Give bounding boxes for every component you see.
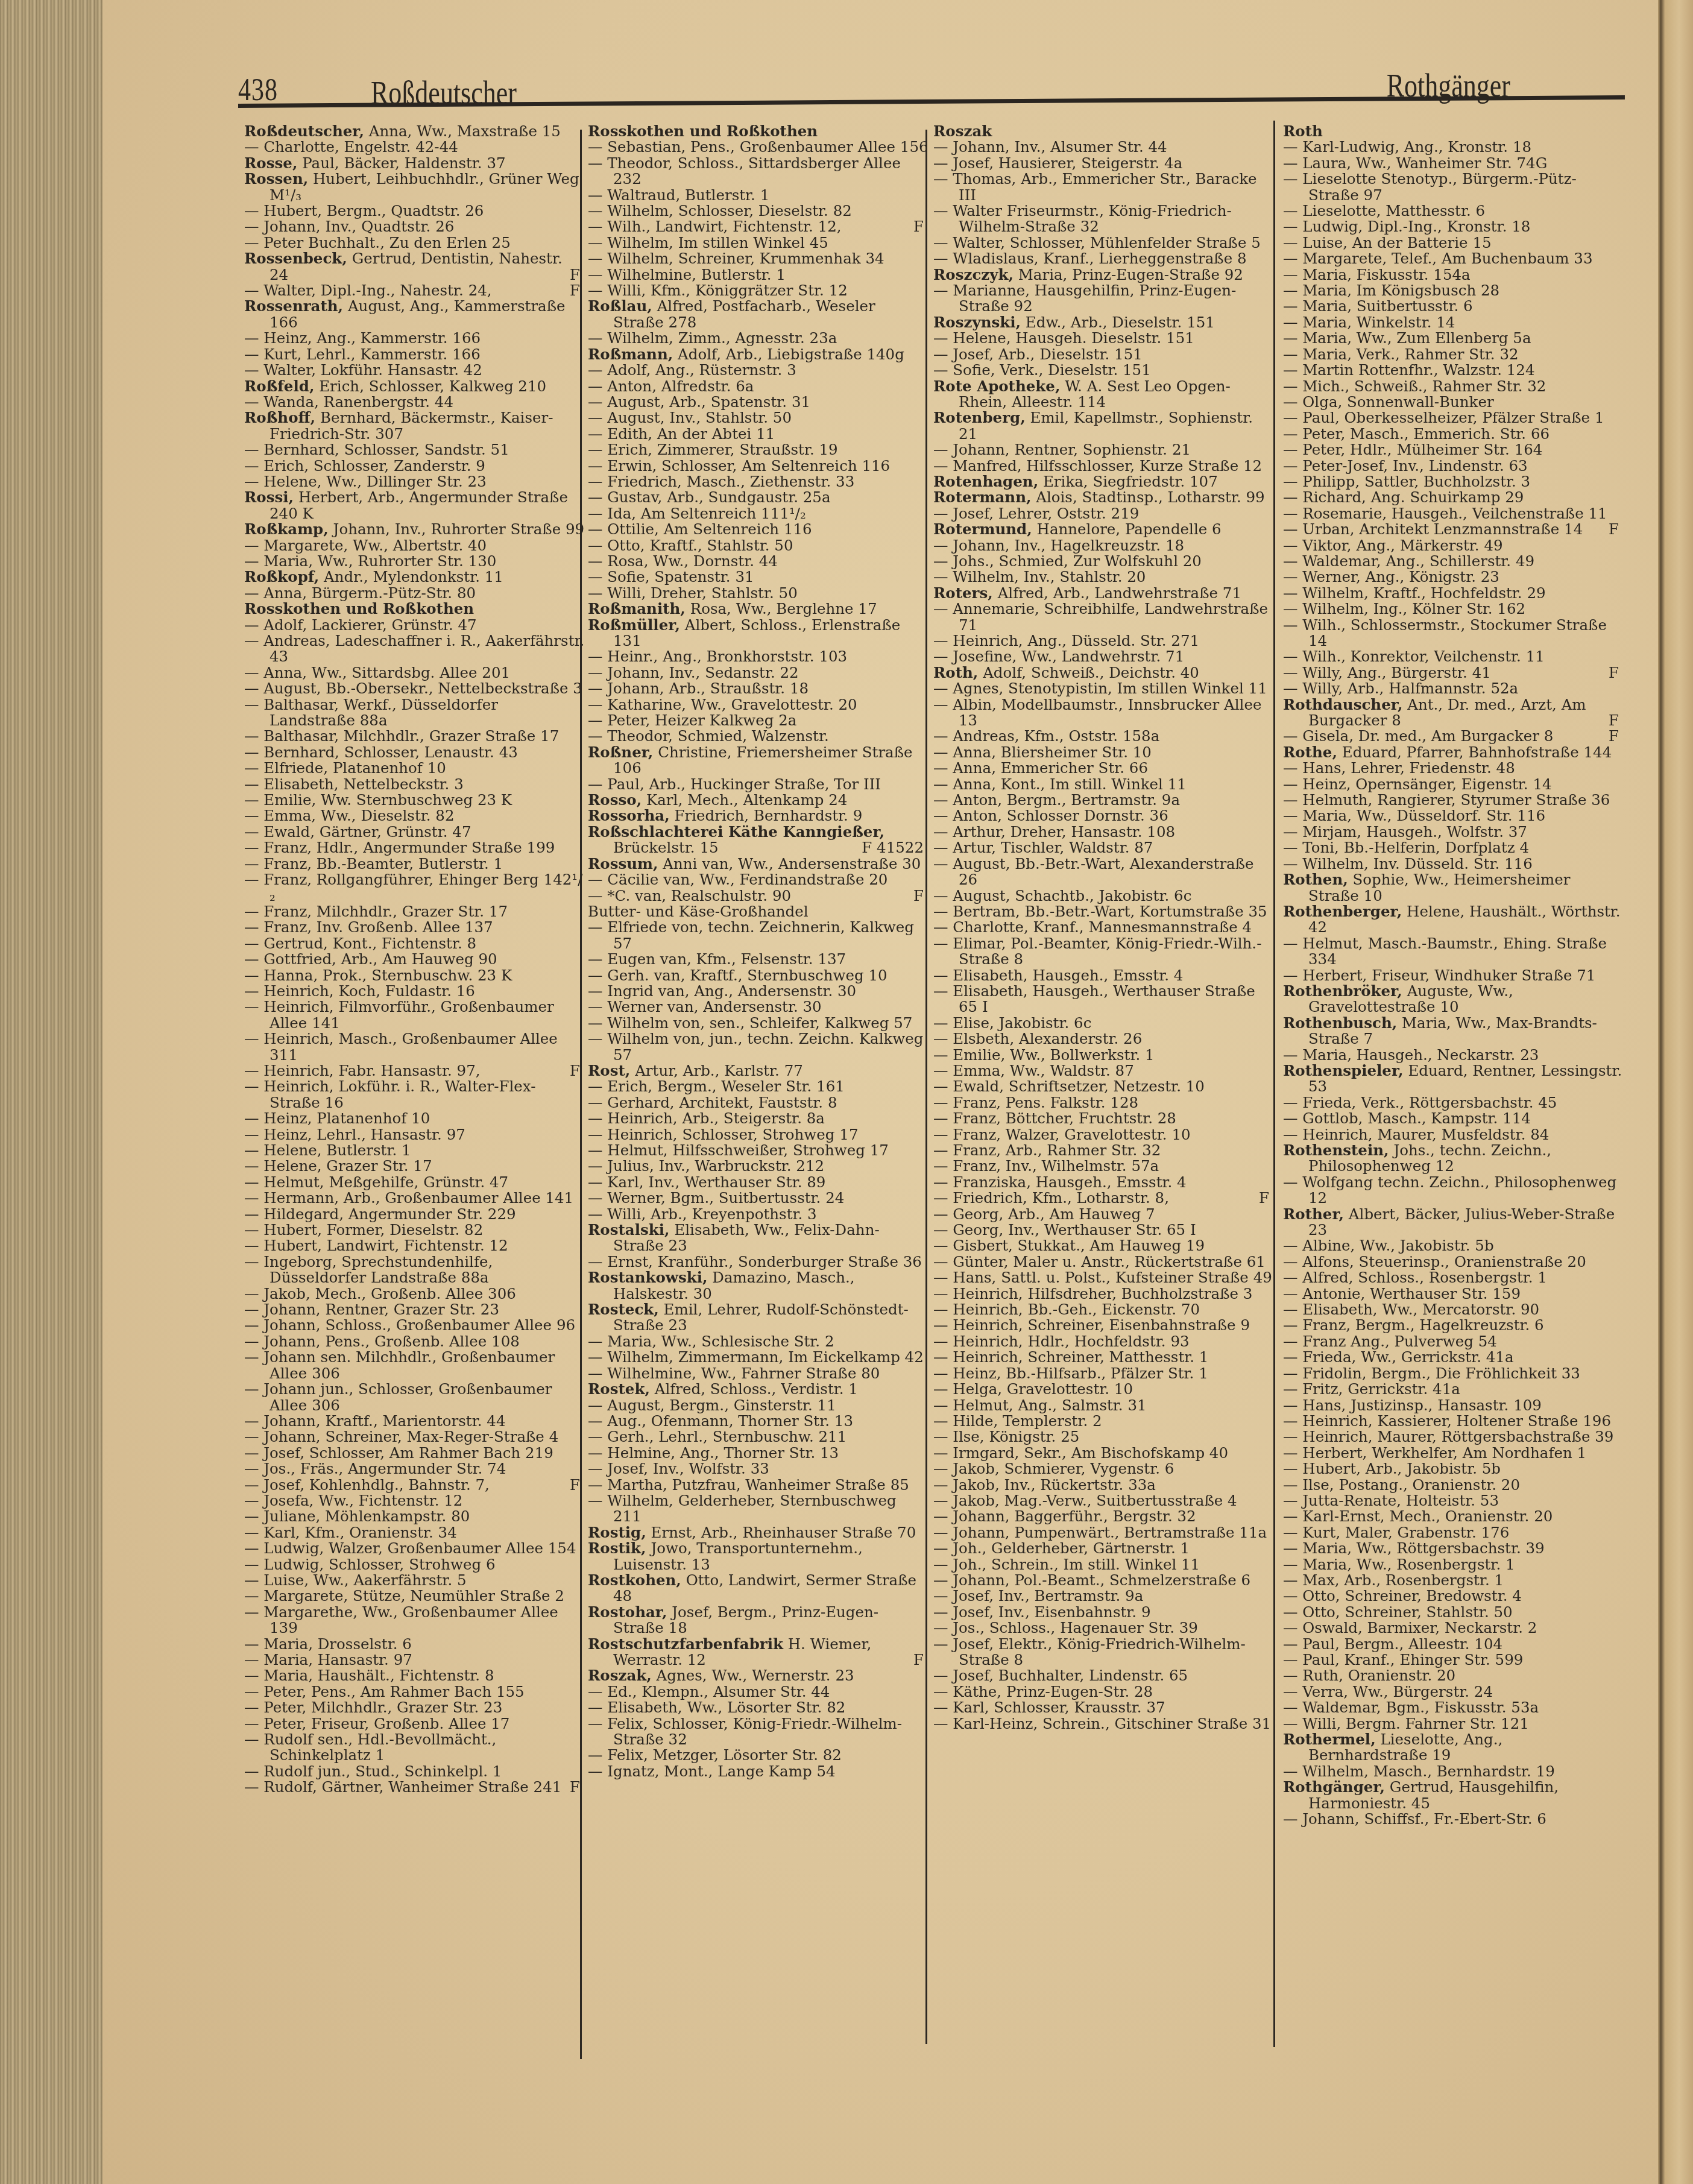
directory-entry: Roßdeutscher, Anna, Ww., Maxstraße 15 [244,124,585,139]
entry-details: — Paul, Oberkesselheizer, Pfälzer Straße… [1283,409,1604,426]
directory-entry: — Willi, Kfm., Königgrätzer Str. 12 [588,283,928,298]
entry-surname: Rosse, [244,154,297,172]
entry-details: — Wilhelm, Zimm., Agnesstr. 23a [588,329,837,347]
directory-entry: — Franziska, Hausgeh., Emsstr. 4 [933,1175,1274,1190]
directory-entry: — Emma, Ww., Dieselstr. 82 [244,808,585,824]
directory-entry: — Wilh., Schlossermstr., Stockumer Straß… [1283,617,1624,649]
entry-details: — Margarete, Telef., Am Buchenbaum 33 [1283,250,1592,267]
entry-details: — Andreas, Ladeschaffner i. R., Aakerfäh… [244,632,584,665]
directory-entry: Rostschutzfarbenfabrik H. Wiemer, Werras… [588,1636,928,1668]
entry-details: Hannelore, Papendelle 6 [1032,520,1222,538]
directory-entry: Rosskothen und Roßkothen [244,601,585,617]
entry-details: — Luise, An der Batterie 15 [1283,234,1492,251]
directory-entry: — Peter, Friseur, Großenb. Allee 17 [244,1716,585,1732]
directory-entry: Roth, Adolf, Schweiß., Deichstr. 40 [933,665,1274,681]
directory-entry: — Ewald, Gärtner, Grünstr. 47 [244,824,585,840]
entry-details: — Heinz, Platanenhof 10 [244,1109,430,1127]
entry-details: Eduard, Pfarrer, Bahnhofstraße 144 [1337,743,1612,761]
directory-entry: — Willi, Arb., Kreyenpothstr. 3 [588,1207,928,1222]
entry-details: — Olga, Sonnenwall-Bunker [1283,393,1494,411]
entry-details: — Johann, Schloss., Großenbaumer Allee 9… [244,1316,575,1334]
entry-details: — Josef, Inv., Bertramstr. 9a [933,1587,1143,1605]
entry-details: — Artur, Tischler, Waldstr. 87 [933,839,1153,856]
directory-entry: — Peter, Pens., Am Rahmer Bach 155 [244,1684,585,1700]
directory-entry: — Felix, Schlosser, König-Friedr.-Wilhel… [588,1716,928,1748]
entry-details: — Elisabeth, Ww., Lösorter Str. 82 [588,1699,845,1716]
entry-details: Ernst, Arb., Rheinhauser Straße 70 [646,1524,916,1541]
directory-entry: — Irmgard, Sekr., Am Bischofskamp 40 [933,1445,1274,1461]
directory-entry: — Aug., Ofenmann, Thorner Str. 13 [588,1413,928,1429]
entry-details: — Ottilie, Am Seltenreich 116 [588,520,812,538]
directory-entry: — Wilhelm, Im stillen Winkel 45 [588,235,928,251]
entry-details: — Franz, Rollgangführer, Ehinger Berg 14… [244,871,582,904]
entry-details: — Gustav, Arb., Sundgaustr. 25a [588,488,831,506]
directory-entry: — Maria, Fiskusstr. 154a [1283,267,1624,283]
directory-entry: — Hans, Sattl. u. Polst., Kufsteiner Str… [933,1270,1274,1286]
directory-entry: — Heinrich, Ang., Düsseld. Str. 271 [933,633,1274,649]
entry-details: — Walter Friseurmstr., König-Friedrich-W… [933,202,1232,235]
entry-details: — Herbert, Werkhelfer, Am Nordhafen 1 [1283,1444,1586,1462]
telephone-flag: F [570,1477,580,1493]
entry-details: — Maria, Im Königsbusch 28 [1283,282,1499,299]
entry-details: Sophie, Ww., Heimersheimer Straße 10 [1308,871,1570,904]
entry-details: — Hubert, Arb., Jakobistr. 5b [1283,1460,1501,1477]
entry-surname: Rostalski, [588,1221,670,1239]
entry-details: — Josef, Inv., Wolfstr. 33 [588,1460,769,1477]
directory-entry: — Maria, Ww., Schlesische Str. 2 [588,1334,928,1349]
entry-details: — Gottfried, Arb., Am Hauweg 90 [244,950,497,968]
entry-details: — Heinrich, Lokführ. i. R., Walter-Flex-… [244,1078,536,1111]
entry-details: Agnes, Ww., Wernerstr. 23 [652,1667,854,1684]
directory-entry: — Andreas, Kfm., Oststr. 158a [933,728,1274,744]
directory-entry: — Luise, An der Batterie 15 [1283,235,1624,251]
directory-entry: — Heinrich, Hilfsdreher, Buchholzstraße … [933,1286,1274,1302]
entry-surname: Rostek, [588,1380,650,1398]
directory-entry: — Helene, Hausgeh. Dieselstr. 151 [933,330,1274,346]
entry-details: Christine, Friemersheimer Straße 106 [613,743,913,777]
entry-details: — Heinrich, Masch., Großenbaumer Allee 3… [244,1030,558,1063]
entry-details: — Jos., Fräs., Angermunder Str. 74 [244,1460,506,1477]
entry-details: — Heinr., Ang., Bronkhorststr. 103 [588,648,847,665]
entry-details: — Elisabeth, Ww., Mercatorstr. 90 [1283,1301,1539,1318]
directory-entry: — Maria, Hausgeh., Neckarstr. 23 [1283,1047,1624,1063]
directory-entry: — Rudolf sen., Hdl.-Bevollmächt., Schink… [244,1732,585,1764]
entry-details: — Paul, Bergm., Alleestr. 104 [1283,1635,1502,1653]
entry-details: — Otto, Schreiner, Stahlstr. 50 [1283,1603,1513,1621]
entry-details: — Ewald, Schriftsetzer, Netzestr. 10 [933,1078,1205,1095]
directory-entry: — Max, Arb., Rosenbergstr. 1 [1283,1573,1624,1588]
directory-entry: — Peter, Masch., Emmerich. Str. 66 [1283,426,1624,442]
directory-entry: — Elise, Jakobistr. 6c [933,1015,1274,1031]
entry-details: — Werner van, Andersenstr. 30 [588,998,822,1015]
directory-entry: — Anna, Emmericher Str. 66 [933,760,1274,776]
directory-entry: — Maria, Haushält., Fichtenstr. 8 [244,1668,585,1684]
book-gutter [1658,0,1693,2184]
entry-details: — Otto, Kraftf., Stahlstr. 50 [588,537,793,554]
entry-details: Rosa, Ww., Berglehne 17 [686,600,877,617]
entry-details: — Maria, Ww., Zum Ellenberg 5a [1283,329,1531,347]
entry-details: — Walter, Dipl.-Ing., Nahestr. 24, [244,282,492,299]
entry-details: — *C. van, Realschulstr. 90 [588,887,791,904]
entry-details: — Waldemar, Ang., Schillerstr. 49 [1283,552,1534,570]
directory-entry: — Wilhelm von, sen., Schleifer, Kalkweg … [588,1015,928,1031]
directory-entry: — Friedrich, Kfm., Lotharstr. 8,F [933,1190,1274,1206]
entry-details: — Josef, Lehrer, Oststr. 219 [933,505,1139,522]
entry-details: — Sofie, Verk., Dieselstr. 151 [933,361,1151,379]
entry-details: — Ludwig, Schlosser, Strohweg 6 [244,1556,496,1573]
entry-details: — Mirjam, Hausgeh., Wolfstr. 37 [1283,823,1527,841]
directory-entry: — Hermann, Arb., Großenbaumer Allee 141 [244,1190,585,1206]
entry-details: — August, Schachtb., Jakobistr. 6c [933,887,1191,904]
directory-entry: Butter- und Käse-Großhandel [588,904,928,920]
entry-details: — Peter, Hdlr., Mülheimer Str. 164 [1283,441,1542,458]
directory-entry: — Heinrich, Schreiner, Eisenbahnstraße 9 [933,1318,1274,1333]
entry-details: — Wilhelm von, jun., techn. Zeichn. Kalk… [588,1030,923,1063]
directory-entry: — Albin, Modellbaumstr., Innsbrucker All… [933,697,1274,729]
entry-details: — Aug., Ofenmann, Thorner Str. 13 [588,1412,853,1430]
directory-entry: — Annemarie, Schreibhilfe, Landwehrstraß… [933,601,1274,633]
directory-entry: — Josefa, Ww., Fichtenstr. 12 [244,1493,585,1509]
entry-details: — Albine, Ww., Jakobistr. 5b [1283,1237,1494,1254]
directory-entry: — Gerh. van, Kraftf., Sternbuschweg 10 [588,968,928,983]
directory-entry: — Peter, Hdlr., Mülheimer Str. 164 [1283,442,1624,458]
directory-entry: — Herbert, Werkhelfer, Am Nordhafen 1 [1283,1445,1624,1461]
directory-entry: — Luise, Ww., Aakerfährstr. 5 [244,1573,585,1588]
directory-entry: — Oswald, Barmixer, Neckarstr. 2 [1283,1620,1624,1636]
entry-details: — Wilhelm, Kraftf., Hochfeldstr. 29 [1283,584,1546,602]
directory-entry: — Artur, Tischler, Waldstr. 87 [933,840,1274,856]
directory-entry: — Wilhelmine, Butlerstr. 1 [588,267,928,283]
entry-details: Andr., Mylendonkstr. 11 [319,568,503,585]
directory-entry: — Walter, Lokführ. Hansastr. 42 [244,362,585,378]
directory-entry: — Johann, Pol.-Beamt., Schmelzerstraße 6 [933,1573,1274,1588]
entry-details: — Walter, Lokführ. Hansastr. 42 [244,361,482,379]
entry-details: — Richard, Ang. Schuirkamp 29 [1283,488,1524,506]
directory-entry: — Albine, Ww., Jakobistr. 5b [1283,1238,1624,1254]
directory-entry: Roszczyk, Maria, Prinz-Eugen-Straße 92 [933,267,1274,283]
telephone-flag: F [570,1063,580,1079]
entry-surname: Rothe, [1283,743,1337,761]
entry-details: — Wilhelmine, Ww., Fahrner Straße 80 [588,1365,880,1382]
directory-entry: Rostik, Jowo, Transportunternehm., Luise… [588,1541,928,1573]
directory-entry: — Herbert, Friseur, Windhuker Straße 71 [1283,968,1624,983]
entry-details: — Peter, Heizer Kalkweg 2a [588,712,796,729]
entry-surname: Rostig, [588,1524,646,1541]
entry-details: — Heinrich, Schreiner, Eisenbahnstraße 9 [933,1316,1250,1334]
directory-entry: — Bertram, Bb.-Betr.-Wart, Kortumstraße … [933,904,1274,920]
entry-details: — Heinrich, Filmvorführ., Großenbaumer A… [244,998,554,1031]
entry-details: — Maria, Hansastr. 97 [244,1651,412,1668]
entry-details: — August, Bergm., Ginsterstr. 11 [588,1397,836,1414]
entry-details: — Elisabeth, Hausgeh., Werthauser Straße… [933,982,1255,1015]
directory-entry: — Helmuth, Rangierer, Styrumer Straße 36 [1283,792,1624,808]
entry-details: — Hans, Sattl. u. Polst., Kufsteiner Str… [933,1269,1272,1286]
entry-details: — Hilde, Templerstr. 2 [933,1412,1102,1430]
entry-details: — Gerh., Lehrl., Sternbuschw. 211 [588,1428,846,1445]
directory-entry: — Maria, Im Königsbusch 28 [1283,283,1624,298]
entry-details: — Wladislaus, Kranf., Lierheggenstraße 8 [933,250,1247,267]
entry-details: — Maria, Ww., Schlesische Str. 2 [588,1333,834,1350]
directory-entry: — Jakob, Mag.-Verw., Suitbertusstraße 4 [933,1493,1274,1509]
entry-details: — Alfons, Steuerinsp., Oranienstraße 20 [1283,1253,1586,1270]
entry-details: Artur, Arb., Karlstr. 77 [630,1062,803,1079]
entry-details: — Günter, Maler u. Anstr., Rückertstraße… [933,1253,1266,1270]
entry-details: — Josef, Kohlenhdlg., Bahnstr. 7, [244,1476,490,1494]
directory-entry: Rossum, Anni van, Ww., Andersenstraße 30 [588,856,928,872]
directory-entry: — Frieda, Ww., Gerrickstr. 41a [1283,1349,1624,1365]
directory-entry: — Joh., Gelderheber, Gärtnerstr. 1 [933,1541,1274,1556]
entry-details: — Gisela, Dr. med., Am Burgacker 8 [1283,727,1553,745]
directory-entry: — Wladislaus, Kranf., Lierheggenstraße 8 [933,251,1274,267]
directory-entry: — Elisabeth, Ww., Lösorter Str. 82 [588,1700,928,1715]
directory-entry: — Waldemar, Ang., Schillerstr. 49 [1283,554,1624,569]
directory-entry: — Thomas, Arb., Emmericher Str., Baracke… [933,171,1274,203]
directory-entry: — Gottlob, Masch., Kampstr. 114 [1283,1111,1624,1126]
entry-surname: Rothenbröker, [1283,982,1402,1000]
directory-entry: Rothermel, Lieselotte, Ang., Bernhardstr… [1283,1732,1624,1764]
directory-entry: Roszynski, Edw., Arb., Dieselstr. 151 [933,315,1274,330]
directory-entry: — Mirjam, Hausgeh., Wolfstr. 37 [1283,824,1624,840]
directory-entry: — Franz, Pens. Falkstr. 128 [933,1095,1274,1111]
directory-entry: — Charlotte, Engelstr. 42-44 [244,139,585,155]
directory-entry: — Ludwig, Schlosser, Strohweg 6 [244,1557,585,1573]
directory-entry: — Eugen van, Kfm., Felsenstr. 137 [588,952,928,967]
entry-details: — Helmut, Hilfsschweißer, Strohweg 17 [588,1141,889,1159]
entry-surname: Roßmanith, [588,600,686,617]
directory-entry: — Bernhard, Schlosser, Lenaustr. 43 [244,745,585,760]
directory-entry: — Philipp, Sattler, Buchholzstr. 3 [1283,474,1624,490]
directory-entry: Rossenbeck, Gertrud, Dentistin, Nahestr.… [244,251,585,283]
directory-entry: — Josef, Inv., Wolfstr. 33 [588,1461,928,1477]
entry-details: — Wilhelm, Gelderheber, Sternbuschweg 21… [588,1492,897,1525]
directory-entry: — Ignatz, Mont., Lange Kamp 54 [588,1764,928,1779]
directory-entry: — Maria, Ww., Ruhrorter Str. 130 [244,554,585,569]
entry-details: — Willy, Arb., Halfmannstr. 52a [1283,680,1518,697]
entry-details: — Jos., Schloss., Hagenauer Str. 39 [933,1619,1198,1636]
entry-details: — Georg, Arb., Am Hauweg 7 [933,1205,1155,1223]
directory-entry: Rothenstein, Johs., techn. Zeichn., Phil… [1283,1143,1624,1175]
directory-entry: — Johann, Inv., Alsumer Str. 44 [933,139,1274,155]
entry-details: — Joh., Gelderheber, Gärtnerstr. 1 [933,1539,1190,1557]
directory-entry: — Hans, Lehrer, Friedenstr. 48 [1283,760,1624,776]
directory-entry: — Heinrich, Masch., Großenbaumer Allee 3… [244,1031,585,1063]
entry-details: — Franz, Arb., Rahmer Str. 32 [933,1141,1161,1159]
directory-entry: — Franz, Böttcher, Fruchtstr. 28 [933,1111,1274,1126]
directory-entry: — Karl, Inv., Werthauser Str. 89 [588,1175,928,1190]
entry-details: — Fridolin, Bergm., Die Fröhlichkeit 33 [1283,1365,1580,1382]
entry-details: — Gerh. van, Kraftf., Sternbuschweg 10 [588,967,887,984]
entry-details: — Sebastian, Pens., Großenbaumer Allee 1… [588,138,928,156]
entry-surname: Rothgänger, [1283,1778,1385,1796]
entry-details: Hubert, Leihbuchhdlr., Grüner Weg M¹/₃ [270,170,579,203]
entry-details: — Johann, Schiffsf., Fr.-Ebert-Str. 6 [1283,1810,1546,1828]
entry-details: — Josef, Arb., Dieselstr. 151 [933,346,1143,363]
directory-entry: — Johann sen. Milchhdlr., Großenbaumer A… [244,1349,585,1381]
entry-surname: Rothenberger, [1283,903,1402,920]
directory-entry: — Gertrud, Kont., Fichtenstr. 8 [244,936,585,952]
entry-details: — Johann, Schreiner, Max-Reger-Straße 4 [244,1428,558,1445]
entry-details: — Martin Rottenfhr., Walzstr. 124 [1283,361,1535,379]
entry-details: — Franz, Bb.-Beamter, Butlerstr. 1 [244,855,503,873]
directory-entry: — Franz, Rollgangführer, Ehinger Berg 14… [244,872,585,904]
directory-entry: — Werner van, Andersenstr. 30 [588,999,928,1015]
entry-details: — Käthe, Prinz-Eugen-Str. 28 [933,1683,1153,1700]
directory-entry: Rothgänger, Gertrud, Hausgehilfin, Harmo… [1283,1779,1624,1811]
entry-details: — Wolfgang techn. Zeichn., Philosophenwe… [1283,1173,1616,1207]
directory-entry: — Franz, Inv., Wilhelmstr. 57a [933,1158,1274,1174]
entry-details: — Balthasar, Werkf., Düsseldorfer Landst… [244,696,498,729]
entry-details: — Philipp, Sattler, Buchholzstr. 3 [1283,473,1530,490]
entry-details: — Joh., Schrein., Im still. Winkel 11 [933,1556,1200,1573]
directory-entry: — Joh., Schrein., Im still. Winkel 11 [933,1557,1274,1573]
directory-entry: — Wilhelm, Masch., Bernhardstr. 19 [1283,1764,1624,1779]
directory-entry: — Helmut, Ang., Salmstr. 31 [933,1398,1274,1413]
directory-entry: — Helene, Ww., Dillinger Str. 23 [244,474,585,490]
directory-entry: — Heinrich, Hdlr., Hochfeldstr. 93 [933,1334,1274,1349]
entry-details: — Fritz, Gerrickstr. 41a [1283,1380,1460,1398]
entry-details: — Wilh., Schlossermstr., Stockumer Straß… [1283,616,1607,649]
directory-entry: — August, Bb.-Betr.-Wart, Alexanderstraß… [933,856,1274,888]
directory-entry: — Peter, Milchhdlr., Grazer Str. 23 [244,1700,585,1715]
entry-details: — Franz, Walzer, Gravelottestr. 10 [933,1126,1191,1143]
directory-entry: — August, Schachtb., Jakobistr. 6c [933,888,1274,904]
entry-details: — Anton, Alfredstr. 6a [588,377,754,395]
directory-entry: — Sebastian, Pens., Großenbaumer Allee 1… [588,139,928,155]
entry-surname: Roszynski, [933,314,1021,331]
entry-details: — Hubert, Bergm., Quadtstr. 26 [244,202,484,219]
entry-details: — Adolf, Lackierer, Grünstr. 47 [244,616,477,634]
directory-entry: Roßmann, Adolf, Arb., Liebigstraße 140g [588,347,928,362]
entry-details: — Herbert, Friseur, Windhuker Straße 71 [1283,967,1595,984]
directory-entry: — Helmut, Hilfsschweißer, Strohweg 17 [588,1143,928,1158]
entry-details: — Karl-Heinz, Schrein., Gitschiner Straß… [933,1715,1271,1732]
entry-details: — Charlotte, Kranf., Mannesmannstraße 4 [933,918,1252,936]
directory-entry: — Adolf, Lackierer, Grünstr. 47 [244,617,585,633]
entry-details: — Josef, Buchhalter, Lindenstr. 65 [933,1667,1188,1684]
directory-entry: — Wilhelmine, Ww., Fahrner Straße 80 [588,1366,928,1381]
directory-entry: — Jos., Fräs., Angermunder Str. 74 [244,1461,585,1477]
entry-details: — August, Bb.-Obersekr., Nettelbeckstraß… [244,680,582,697]
directory-entry: — Ruth, Oranienstr. 20 [1283,1668,1624,1684]
entry-details: — Edith, An der Abtei 11 [588,425,775,443]
entry-details: — Agnes, Stenotypistin, Im stillen Winke… [933,680,1267,697]
entry-details: — Jakob, Inv., Rückertstr. 33a [933,1476,1156,1494]
entry-surname: Rossorha, [588,807,670,824]
directory-entry: — Agnes, Stenotypistin, Im stillen Winke… [933,681,1274,696]
directory-entry: — Erwin, Schlosser, Am Seltenreich 116 [588,458,928,474]
entry-details: Alfred, Postfacharb., Weseler Straße 278 [613,297,875,330]
directory-entry: Roßkopf, Andr., Mylendonkstr. 11 [244,569,585,585]
directory-entry: Roßkamp, Johann, Inv., Ruhrorter Straße … [244,522,585,537]
directory-entry: — Margarete, Telef., Am Buchenbaum 33 [1283,251,1624,267]
directory-entry: — Heinrich, Kassierer, Holtener Straße 1… [1283,1413,1624,1429]
entry-details: — Ludwig, Walzer, Großenbaumer Allee 154 [244,1539,576,1557]
entry-details: — Jakob, Schmierer, Vygenstr. 6 [933,1460,1174,1477]
entry-details: — Elsbeth, Alexanderstr. 26 [933,1030,1142,1047]
entry-details: — Jutta-Renate, Holteistr. 53 [1283,1492,1499,1509]
directory-entry: — Hubert, Bergm., Quadtstr. 26 [244,203,585,219]
directory-entry: — Felix, Metzger, Lösorter Str. 82 [588,1747,928,1763]
directory-entry: — Julius, Inv., Warbruckstr. 212 [588,1158,928,1174]
entry-details: — Ingeborg, Sprechstundenhilfe, Düsseldo… [244,1253,493,1286]
entry-details: — Ilse, Postang., Oranienstr. 20 [1283,1476,1520,1494]
directory-entry: — Wolfgang techn. Zeichn., Philosophenwe… [1283,1175,1624,1207]
entry-details: — Mich., Schweiß., Rahmer Str. 32 [1283,377,1546,395]
directory-entry: — Johann, Pumpenwärt., Bertramstraße 11a [933,1525,1274,1541]
entry-details: — Helmut, Ang., Salmstr. 31 [933,1397,1147,1414]
entry-details: — Ed., Klempn., Alsumer Str. 44 [588,1683,830,1700]
directory-entry: — Fritz, Gerrickstr. 41a [1283,1381,1624,1397]
directory-entry: — Erich, Schlosser, Zanderstr. 9 [244,458,585,474]
entry-surname: Rothenspieler, [1283,1062,1404,1079]
directory-entry: — Anton, Schlosser Dornstr. 36 [933,808,1274,824]
telephone-flag: F [913,219,924,235]
entry-details: — Heinrich, Maurer, Röttgersbachstraße 3… [1283,1428,1613,1445]
entry-details: — Albin, Modellbaumstr., Innsbrucker All… [933,696,1261,729]
directory-entry: Rothenspieler, Eduard, Rentner, Lessings… [1283,1063,1624,1095]
directory-entry: Rostohar, Josef, Bergm., Prinz-Eugen-Str… [588,1605,928,1636]
directory-entry: — Anton, Bergm., Bertramstr. 9a [933,792,1274,808]
directory-entry: Rosso, Karl, Mech., Altenkamp 24 [588,792,928,808]
directory-entry: — Alfons, Steuerinsp., Oranienstraße 20 [1283,1254,1624,1270]
entry-details: — Helmuth, Rangierer, Styrumer Straße 36 [1283,791,1610,809]
entry-details: — Urban, Architekt Lenzmannstraße 14 [1283,520,1583,538]
directory-entry: — Fridolin, Bergm., Die Fröhlichkeit 33 [1283,1366,1624,1381]
entry-details: — Johann, Inv., Hagelkreuzstr. 18 [933,537,1184,554]
directory-entry: Rothen, Sophie, Ww., Heimersheimer Straß… [1283,872,1624,904]
telephone-flag: F [570,267,580,283]
entry-details: — Ilse, Königstr. 25 [933,1428,1079,1445]
entry-surname: Roßdeutscher, [244,122,364,140]
entry-details: — Willy, Ang., Bürgerstr. 41 [1283,664,1491,681]
entry-details: — Antonie, Werthauser Str. 159 [1283,1285,1521,1302]
directory-entry: — Wilhelm, Gelderheber, Sternbuschweg 21… [588,1493,928,1525]
directory-entry: — Johann, Kraftf., Marientorstr. 44 [244,1413,585,1429]
entry-details: — Maria, Winkelstr. 14 [1283,314,1455,331]
entry-details: — Thomas, Arb., Emmericher Str., Baracke… [933,170,1257,203]
entry-details: — Manfred, Hilfsschlosser, Kurze Straße … [933,457,1262,475]
directory-entry: — Maria, Ww., Röttgersbachstr. 39 [1283,1541,1624,1556]
directory-entry: — Heinrich, Schlosser, Strohweg 17 [588,1127,928,1143]
entry-details: — Heinrich, Arb., Steigerstr. 8a [588,1109,825,1127]
directory-entry: — Josef, Arb., Dieselstr. 151 [933,347,1274,362]
entry-details: — Heinrich, Ang., Düsseld. Str. 271 [933,632,1199,649]
entry-surname: Roth [1283,122,1323,140]
directory-entry: Rotenhagen, Erika, Siegfriedstr. 107 [933,474,1274,490]
directory-entry: — Heinrich, Bb.-Geh., Eickenstr. 70 [933,1302,1274,1318]
directory-entry: Rostankowski, Damazino, Masch., Halskest… [588,1270,928,1302]
entry-details: — Waldemar, Bgm., Fiskusstr. 53a [1283,1699,1539,1716]
directory-entry: — August, Bb.-Obersekr., Nettelbeckstraß… [244,681,585,696]
entry-surname: Rotermund, [933,520,1032,538]
telephone-flag: F [570,283,580,298]
entry-details: — Frieda, Verk., Röttgersbachstr. 45 [1283,1094,1557,1111]
entry-details: — Johann, Pol.-Beamt., Schmelzerstraße 6 [933,1571,1250,1589]
entry-details: — Johann, Pumpenwärt., Bertramstraße 11a [933,1524,1267,1541]
entry-surname: Roßmann, [588,346,673,363]
directory-entry: — Franz, Milchhdlr., Grazer Str. 17 [244,904,585,920]
entry-details: — August, Bb.-Betr.-Wart, Alexanderstraß… [933,855,1254,888]
entry-details: — Franz, Inv., Wilhelmstr. 57a [933,1157,1159,1175]
directory-entry: — Ida, Am Seltenreich 111¹/₂ [588,506,928,522]
directory-entry: — Gisela, Dr. med., Am Burgacker 8F [1283,728,1624,744]
entry-details: — Theodor, Schmied, Walzenstr. [588,727,829,745]
directory-entry: — Toni, Bb.-Helferin, Dorfplatz 4 [1283,840,1624,856]
directory-entry: — Helene, Grazer Str. 17 [244,1158,585,1174]
directory-entry: — Wilhelm, Zimmermann, Im Eickelkamp 42 [588,1349,928,1365]
directory-entry: — Elisabeth, Ww., Mercatorstr. 90 [1283,1302,1624,1318]
entry-details: — Gottlob, Masch., Kampstr. 114 [1283,1109,1531,1127]
